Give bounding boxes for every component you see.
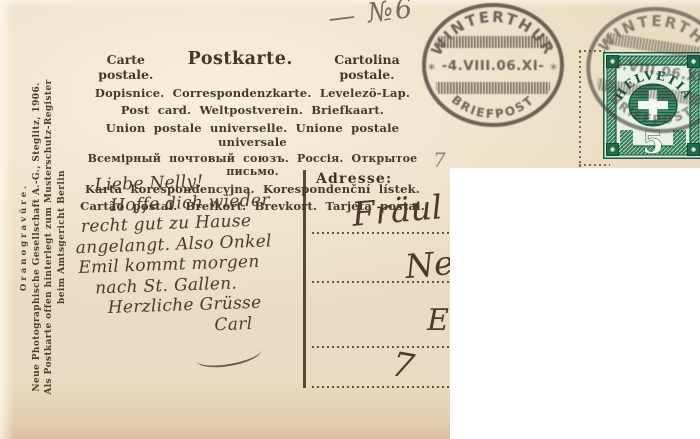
address-label: Adresse: (316, 171, 392, 187)
postmark-date: -4.VIII.06.XI- (442, 58, 545, 74)
address-handwriting-fragment: 7 (389, 344, 417, 387)
message-address-divider (303, 170, 306, 388)
message-signature: Carl (214, 311, 314, 335)
stamp-side-ornament (620, 130, 633, 147)
postmark-star-icon: * (550, 62, 557, 78)
title-row-1: Carte postale. Postkarte. Cartolina post… (80, 49, 425, 82)
publisher-imprint: Oranogravüre. Neue Photographische Gesel… (18, 47, 70, 427)
white-cutout-overlay (450, 168, 700, 439)
title-row-3: Post card. Weltpostverein. Briefkaart. (80, 103, 425, 117)
stray-pencil-mark: 7 (433, 148, 446, 172)
postmark-winterthur: WINTERTHUR BRIEFPOST -4.VIII.06.XI- * * (420, 2, 566, 128)
address-dotted-line (312, 346, 450, 348)
title-german: Postkarte. (188, 49, 293, 69)
address-dotted-line (312, 232, 450, 234)
postmark-star-icon: * (428, 62, 435, 78)
handwritten-message: Liebe Nelly! Hoffe dich wieder recht gut… (73, 168, 314, 340)
signature-flourish (195, 338, 264, 371)
address-handwriting-fragment: Ne (403, 243, 455, 286)
postmark-winterthur-on-stamp: WINTERTHUR BRIEFPOST -4.VIII.06.XI- (575, 0, 700, 145)
title-row-4: Union postale universelle. Unione postal… (80, 121, 425, 149)
address-handwriting-fragment: E (427, 303, 449, 338)
imprint-publisher: Neue Photographische Gesellschaft A.-G.,… (31, 47, 44, 427)
title-row-2: Dopisnice. Correspondenzkarte. Levelezö-… (80, 86, 425, 100)
postmark-town: WINTERTHUR (427, 8, 558, 59)
title-french: Carte postale. (80, 52, 172, 82)
pencil-number-annotation: — №6 (326, 0, 415, 34)
address-handwriting-fragment: Fräul (350, 187, 443, 234)
title-italian: Cartolina postale. (309, 52, 425, 82)
stamp-box-dashed-line (579, 164, 610, 166)
imprint-process-name: Oranogravüre. (18, 47, 31, 427)
address-dotted-line (312, 386, 450, 388)
svg-text:WINTERTHUR: WINTERTHUR (427, 8, 558, 59)
postcard-scan: Oranogravüre. Neue Photographische Gesel… (0, 0, 700, 439)
imprint-registration-2: beim Amtsgericht Berlin (56, 47, 69, 427)
imprint-registration: Als Postkarte offen hinterlegt zum Muste… (43, 47, 56, 427)
